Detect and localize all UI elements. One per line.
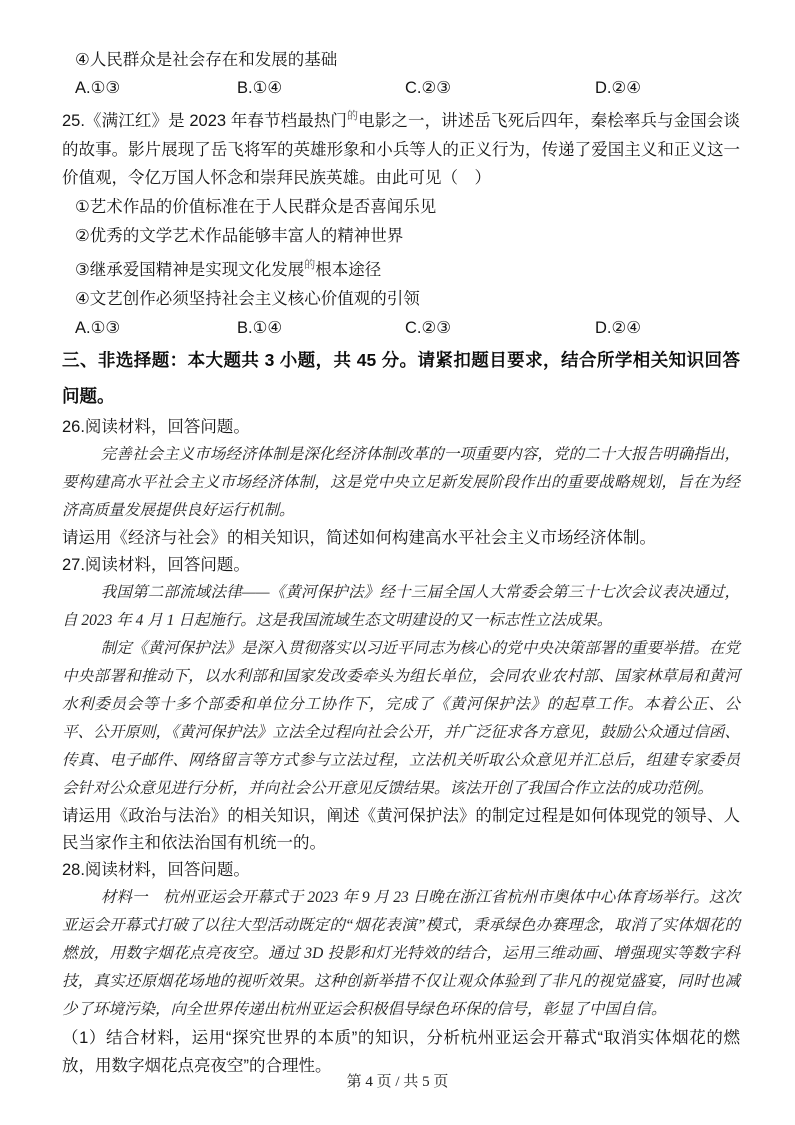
page-number-indicator: 第 4 页 / 共 5 页: [0, 1070, 795, 1091]
answer-option-a: A.①③: [75, 74, 237, 102]
question-28-label: 28.阅读材料，回答问题。: [62, 857, 740, 884]
statement-4: ④文艺创作必须坚持社会主义核心价值观的引领: [62, 285, 740, 314]
answer-option-c: C.②③: [405, 74, 595, 102]
statement-3: ③继承爱国精神是实现文化发展的根本途径: [62, 251, 740, 285]
prev-question-answer-row: A.①③ B.①④ C.②③ D.②④: [62, 74, 740, 102]
question-25-statements: ①艺术作品的价值标准在于人民群众是否喜闻乐见 ②优秀的文学艺术作品能够丰富人的精…: [62, 193, 740, 314]
question-26-prompt: 请运用《经济与社会》的相关知识，简述如何构建高水平社会主义市场经济体制。: [62, 525, 740, 552]
question-28-material-one: 材料一 杭州亚运会开幕式于 2023 年 9 月 23 日晚在浙江省杭州市奥体中…: [62, 884, 740, 1024]
prev-question-statement-4: ④人民群众是社会存在和发展的基础: [62, 46, 740, 74]
question-26-material: 完善社会主义市场经济体制是深化经济体制改革的一项重要内容，党的二十大报告明确指出…: [62, 441, 740, 525]
question-26-label: 26.阅读材料，回答问题。: [62, 414, 740, 441]
answer-option-a: A.①③: [75, 314, 237, 342]
answer-option-b: B.①④: [237, 74, 405, 102]
question-25-stem-superscript: 的: [347, 110, 358, 122]
answer-option-d: D.②④: [595, 74, 740, 102]
question-25-answer-row: A.①③ B.①④ C.②③ D.②④: [62, 314, 740, 342]
answer-option-b: B.①④: [237, 314, 405, 342]
statement-3-superscript: 的: [304, 259, 315, 271]
statement-3-pre: ③继承爱国精神是实现文化发展: [75, 261, 304, 279]
question-27-material-paragraph-1: 我国第二部流域法律——《黄河保护法》经十三届全国人大常委会第三十七次会议表决通过…: [62, 579, 740, 635]
answer-option-c: C.②③: [405, 314, 595, 342]
statement-1: ①艺术作品的价值标准在于人民群众是否喜闻乐见: [62, 193, 740, 222]
question-27-material-paragraph-2: 制定《黄河保护法》是深入贯彻落实以习近平同志为核心的党中央决策部署的重要举措。在…: [62, 635, 740, 803]
statement-3-post: 根本途径: [315, 261, 381, 279]
question-27-label: 27.阅读材料，回答问题。: [62, 552, 740, 579]
question-25-stem: 25.《满江红》是 2023 年春节档最热门的电影之一，讲述岳飞死后四年，秦桧率…: [62, 102, 740, 193]
exam-page: ④人民群众是社会存在和发展的基础 A.①③ B.①④ C.②③ D.②④ 25.…: [0, 0, 795, 1125]
question-25-stem-pre: 25.《满江红》是 2023 年春节档最热门: [62, 112, 347, 130]
answer-option-d: D.②④: [595, 314, 740, 342]
question-27-prompt: 请运用《政治与法治》的相关知识，阐述《黄河保护法》的制定过程是如何体现党的领导、…: [62, 803, 740, 857]
statement-2: ②优秀的文学艺术作品能够丰富人的精神世界: [62, 222, 740, 251]
section-3-heading: 三、非选择题：本大题共 3 小题，共 45 分。请紧扣题目要求，结合所学相关知识…: [62, 342, 740, 414]
